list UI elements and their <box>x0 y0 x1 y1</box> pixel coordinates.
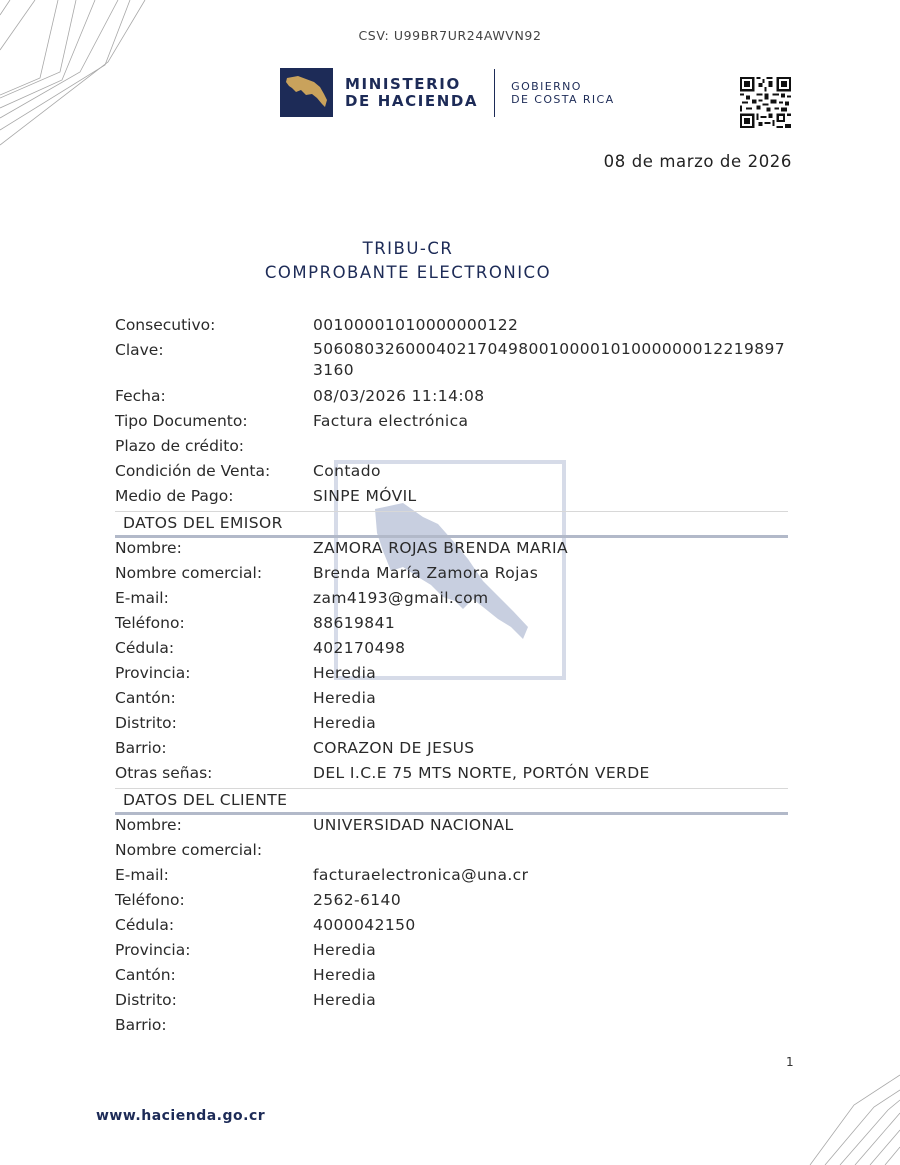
section-title: DATOS DEL CLIENTE <box>123 791 287 809</box>
field-row: E-mail:zam4193@gmail.com <box>115 587 788 612</box>
field-label: Nombre comercial: <box>115 839 313 864</box>
field-row: Nombre comercial:Brenda María Zamora Roj… <box>115 562 788 587</box>
field-label: E-mail: <box>115 587 313 612</box>
field-label: Nombre: <box>115 537 313 562</box>
field-value: Heredia <box>313 964 788 989</box>
field-value: Heredia <box>313 712 788 737</box>
field-consecutivo: Consecutivo: 00100001010000000122 <box>115 314 788 339</box>
logo-divider <box>494 69 495 117</box>
field-row: Provincia:Heredia <box>115 662 788 687</box>
gov-line1: GOBIERNO <box>511 80 614 93</box>
field-condicion-venta: Condición de Venta: Contado <box>115 460 788 485</box>
document-subtitle: COMPROBANTE ELECTRONICO <box>0 263 816 282</box>
field-row: Otras señas:DEL I.C.E 75 MTS NORTE, PORT… <box>115 762 788 787</box>
decorative-lines-bottom-right <box>750 1055 900 1165</box>
field-row: Cantón:Heredia <box>115 964 788 989</box>
field-tipo-documento: Tipo Documento: Factura electrónica <box>115 410 788 435</box>
section-divider <box>115 535 788 538</box>
costa-rica-map-icon <box>280 68 333 117</box>
field-label: Provincia: <box>115 939 313 964</box>
website-link[interactable]: www.hacienda.go.cr <box>96 1108 265 1124</box>
field-value: 08/03/2026 11:14:08 <box>313 385 788 410</box>
field-row: Cédula:402170498 <box>115 637 788 662</box>
decorative-lines-top-left <box>0 0 150 160</box>
field-label: Consecutivo: <box>115 314 313 339</box>
field-plazo-credito: Plazo de crédito: <box>115 435 788 460</box>
field-value: 4000042150 <box>313 914 788 939</box>
document-title: TRIBU-CR <box>0 239 816 258</box>
field-label: Nombre comercial: <box>115 562 313 587</box>
field-row: Distrito:Heredia <box>115 989 788 1014</box>
field-value: facturaelectronica@una.cr <box>313 864 788 889</box>
field-value: 88619841 <box>313 612 788 637</box>
field-row: Distrito:Heredia <box>115 712 788 737</box>
document-body: Consecutivo: 00100001010000000122 Clave:… <box>115 314 788 1039</box>
field-label: Otras señas: <box>115 762 313 787</box>
section-emisor: DATOS DEL EMISOR <box>115 511 788 537</box>
field-label: Barrio: <box>115 737 313 762</box>
field-label: Distrito: <box>115 989 313 1014</box>
field-value: 5060803260004021704980010000101000000012… <box>313 339 788 385</box>
field-row: Barrio:CORAZON DE JESUS <box>115 737 788 762</box>
field-label: Distrito: <box>115 712 313 737</box>
field-label: Teléfono: <box>115 612 313 637</box>
field-value: 00100001010000000122 <box>313 314 788 339</box>
field-row: Provincia:Heredia <box>115 939 788 964</box>
field-label: Fecha: <box>115 385 313 410</box>
field-label: Condición de Venta: <box>115 460 313 485</box>
field-value: zam4193@gmail.com <box>313 587 788 612</box>
field-row: Nombre comercial: <box>115 839 788 864</box>
field-value: UNIVERSIDAD NACIONAL <box>313 814 788 839</box>
field-row: Teléfono:88619841 <box>115 612 788 637</box>
ministry-logo: MINISTERIO DE HACIENDA GOBIERNO DE COSTA… <box>280 68 615 117</box>
field-row: E-mail:facturaelectronica@una.cr <box>115 864 788 889</box>
section-title: DATOS DEL EMISOR <box>123 514 283 532</box>
field-value: SINPE MÓVIL <box>313 485 788 510</box>
government-name: GOBIERNO DE COSTA RICA <box>511 80 614 106</box>
field-value: ZAMORA ROJAS BRENDA MARIA <box>313 537 788 562</box>
gov-line2: DE COSTA RICA <box>511 93 614 106</box>
field-value: 2562-6140 <box>313 889 788 914</box>
field-row: Teléfono:2562-6140 <box>115 889 788 914</box>
qr-code-icon <box>740 77 791 128</box>
cliente-fields: Nombre:UNIVERSIDAD NACIONALNombre comerc… <box>115 814 788 1039</box>
field-label: Barrio: <box>115 1014 313 1039</box>
field-row: Barrio: <box>115 1014 788 1039</box>
field-row: Cédula:4000042150 <box>115 914 788 939</box>
field-value: Brenda María Zamora Rojas <box>313 562 788 587</box>
field-label: E-mail: <box>115 864 313 889</box>
field-value <box>313 1014 788 1039</box>
field-row: Cantón:Heredia <box>115 687 788 712</box>
field-label: Cantón: <box>115 687 313 712</box>
field-value: Factura electrónica <box>313 410 788 435</box>
field-label: Cédula: <box>115 914 313 939</box>
ministry-line2: DE HACIENDA <box>345 93 478 110</box>
page-number: 1 <box>786 1055 794 1069</box>
field-row: Nombre:ZAMORA ROJAS BRENDA MARIA <box>115 537 788 562</box>
field-value: Heredia <box>313 939 788 964</box>
ministry-line1: MINISTERIO <box>345 76 478 93</box>
ministry-name: MINISTERIO DE HACIENDA <box>345 76 478 110</box>
field-label: Tipo Documento: <box>115 410 313 435</box>
field-value: DEL I.C.E 75 MTS NORTE, PORTÓN VERDE <box>313 762 788 787</box>
field-label: Plazo de crédito: <box>115 435 313 460</box>
field-label: Clave: <box>115 339 313 385</box>
emisor-fields: Nombre:ZAMORA ROJAS BRENDA MARIANombre c… <box>115 537 788 787</box>
field-label: Provincia: <box>115 662 313 687</box>
section-cliente: DATOS DEL CLIENTE <box>115 788 788 814</box>
field-value <box>313 435 788 460</box>
field-value <box>313 839 788 864</box>
field-row: Nombre:UNIVERSIDAD NACIONAL <box>115 814 788 839</box>
section-divider <box>115 812 788 815</box>
csv-code: CSV: U99BR7UR24AWVN92 <box>0 28 900 43</box>
field-value: Heredia <box>313 687 788 712</box>
document-date: 08 de marzo de 2026 <box>604 152 792 171</box>
field-label: Nombre: <box>115 814 313 839</box>
field-clave: Clave: 506080326000402170498001000010100… <box>115 339 788 385</box>
field-fecha: Fecha: 08/03/2026 11:14:08 <box>115 385 788 410</box>
field-value: Contado <box>313 460 788 485</box>
field-value: CORAZON DE JESUS <box>313 737 788 762</box>
field-label: Cantón: <box>115 964 313 989</box>
field-value: Heredia <box>313 989 788 1014</box>
field-value: 402170498 <box>313 637 788 662</box>
field-label: Medio de Pago: <box>115 485 313 510</box>
field-label: Teléfono: <box>115 889 313 914</box>
field-medio-pago: Medio de Pago: SINPE MÓVIL <box>115 485 788 510</box>
field-value: Heredia <box>313 662 788 687</box>
field-label: Cédula: <box>115 637 313 662</box>
